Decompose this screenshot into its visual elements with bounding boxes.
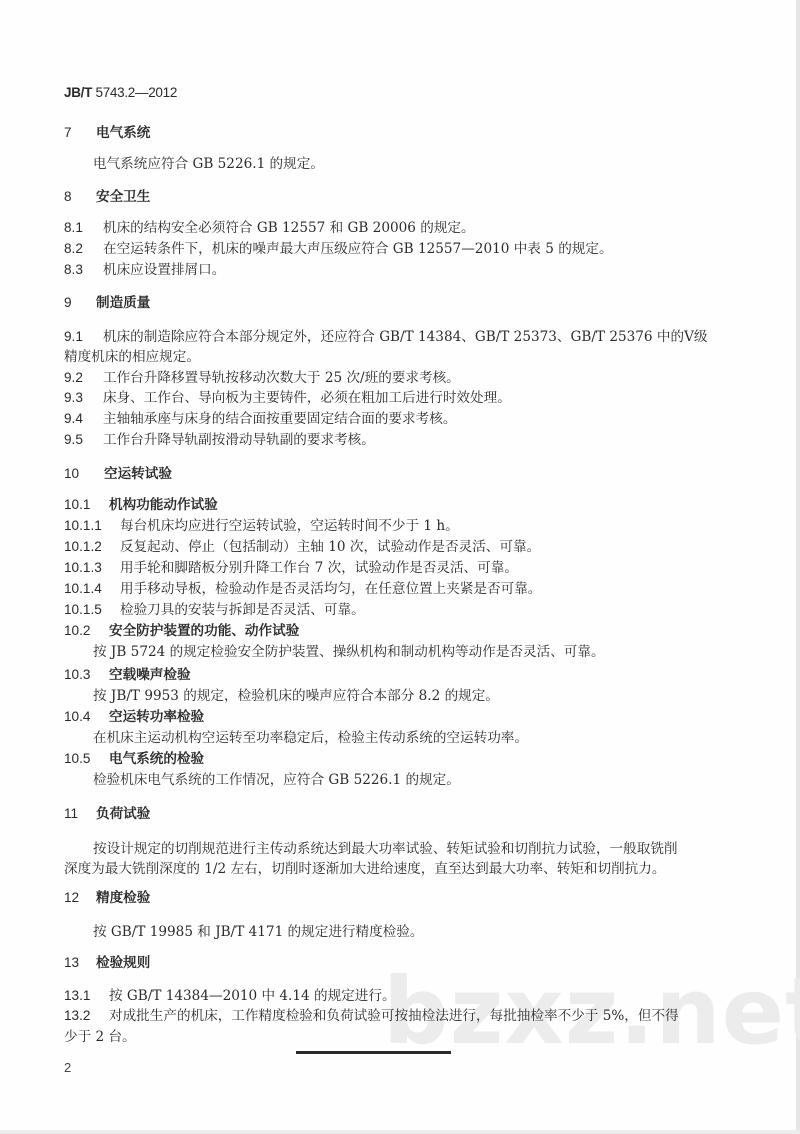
section-number: 9 [64,294,96,312]
clause-text: 检验刀具的安装与拆卸是否灵活、可靠。 [120,602,365,618]
clause-9-2: 9.2工作台升降移置导轨按移动次数大于 25 次/班的要求考核。 [64,369,460,387]
section-number: 12 [64,889,96,907]
document-code-prefix: JB/T [64,85,92,100]
clause-13-2-continuation: 少于 2 台。 [64,1028,136,1046]
clause-title: 安全防护装置的功能、动作试验 [109,623,299,639]
clause-number: 10.1.5 [64,601,120,619]
clause-text: 机床的结构安全必须符合 GB 12557 和 GB 20006 的规定。 [103,220,475,236]
clause-number: 8.1 [64,219,103,237]
section-12-heading: 12精度检验 [64,889,150,907]
section-title: 检验规则 [96,955,150,971]
section-number: 7 [64,124,96,142]
clause-number: 8.2 [64,240,103,258]
section-number: 11 [64,805,96,823]
section-11-body-line-1: 按设计规定的切削规范进行主传动系统达到最大功率试验、转矩试验和切削抗力试验，一般… [93,840,678,858]
clause-number: 9.5 [64,431,103,449]
clause-number: 9.1 [64,328,103,346]
section-7-heading: 7电气系统 [64,124,150,142]
clause-9-1-continuation: 精度机床的相应规定。 [64,348,200,366]
section-number: 13 [64,954,96,972]
clause-number: 10.2 [64,622,109,640]
clause-number: 9.3 [64,389,103,407]
clause-text: 机床应设置排屑口。 [103,262,225,278]
clause-10-2-body: 按 JB 5724 的规定检验安全防护装置、操纵机构和制动机构等动作是否灵活、可… [93,643,605,661]
clause-text: 按 GB/T 14384—2010 中 4.14 的规定进行。 [109,988,396,1004]
clause-9-4: 9.4主轴轴承座与床身的结合面按重要固定结合面的要求考核。 [64,410,456,428]
clause-number: 10.3 [64,666,109,684]
clause-10-1-heading: 10.1机构功能动作试验 [64,496,218,514]
section-10-heading: 10空运转试验 [64,465,172,483]
clause-text: 在空运转条件下，机床的噪声最大声压级应符合 GB 12557—2010 中表 5… [103,241,613,257]
clause-number: 10.1.2 [64,538,120,556]
clause-text: 工作台升降移置导轨按移动次数大于 25 次/班的要求考核。 [103,370,460,386]
section-number: 8 [64,188,96,206]
document-code: JB/T 5743.2—2012 [64,84,177,102]
clause-10-1-1: 10.1.1每台机床均应进行空运转试验，空运转时间不少于 1 h。 [64,517,459,535]
clause-13-2: 13.2对成批生产的机床，工作精度检验和负荷试验可按抽检法进行，每批抽检率不少于… [64,1007,679,1025]
section-title: 电气系统 [96,125,150,141]
clause-13-1: 13.1按 GB/T 14384—2010 中 4.14 的规定进行。 [64,987,396,1005]
clause-number: 10.5 [64,750,109,768]
clause-number: 9.2 [64,369,103,387]
clause-text: 机床的制造除应符合本部分规定外，还应符合 GB/T 14384、GB/T 253… [103,329,707,345]
section-13-heading: 13检验规则 [64,954,150,972]
clause-8-2: 8.2在空运转条件下，机床的噪声最大声压级应符合 GB 12557—2010 中… [64,240,613,258]
clause-text: 对成批生产的机床，工作精度检验和负荷试验可按抽检法进行，每批抽检率不少于 5%，… [109,1008,679,1024]
clause-text: 反复起动、停止（包括制动）主轴 10 次，试验动作是否灵活、可靠。 [120,539,540,555]
clause-number: 10.1.1 [64,517,120,535]
section-11-heading: 11负荷试验 [64,805,150,823]
section-12-body: 按 GB/T 19985 和 JB/T 4171 的规定进行精度检验。 [93,923,423,941]
clause-10-3-body: 按 JB/T 9953 的规定，检验机床的噪声应符合本部分 8.2 的规定。 [93,687,499,705]
page-number: 2 [64,1060,71,1075]
clause-title: 空载噪声检验 [109,667,191,683]
page-edge-bottom [0,1130,800,1134]
clause-10-5-body: 检验机床电气系统的工作情况，应符合 GB 5226.1 的规定。 [93,771,460,789]
section-title: 安全卫生 [96,189,150,205]
clause-number: 9.4 [64,410,103,428]
clause-10-5-heading: 10.5电气系统的检验 [64,750,204,768]
section-7-body: 电气系统应符合 GB 5226.1 的规定。 [93,155,324,173]
clause-text: 工作台升降导轨副按滑动导轨副的要求考核。 [103,432,375,448]
end-of-document-rule [296,1051,451,1054]
clause-8-1: 8.1机床的结构安全必须符合 GB 12557 和 GB 20006 的规定。 [64,219,475,237]
clause-number: 8.3 [64,261,103,279]
clause-10-2-heading: 10.2安全防护装置的功能、动作试验 [64,622,299,640]
section-8-heading: 8安全卫生 [64,188,150,206]
clause-title: 机构功能动作试验 [109,497,218,513]
clause-10-1-4: 10.1.4用手移动导板，检验动作是否灵活均匀，在任意位置上夹紧是否可靠。 [64,580,541,598]
clause-10-1-2: 10.1.2反复起动、停止（包括制动）主轴 10 次，试验动作是否灵活、可靠。 [64,538,540,556]
section-9-heading: 9制造质量 [64,294,150,312]
clause-text: 用手移动导板，检验动作是否灵活均匀，在任意位置上夹紧是否可靠。 [120,581,541,597]
clause-8-3: 8.3机床应设置排屑口。 [64,261,225,279]
section-11-body-line-2: 深度为最大铣削深度的 1/2 左右，切削时逐渐加大进给速度，直至达到最大功率、转… [64,860,665,878]
clause-number: 10.4 [64,708,109,726]
section-title: 负荷试验 [96,806,150,822]
clause-number: 13.2 [64,1007,109,1025]
clause-10-1-5: 10.1.5检验刀具的安装与拆卸是否灵活、可靠。 [64,601,365,619]
clause-text: 主轴轴承座与床身的结合面按重要固定结合面的要求考核。 [103,411,456,427]
section-title: 空运转试验 [104,466,172,482]
section-number: 10 [64,465,104,483]
clause-text: 床身、工作台、导向板为主要铸件，必须在粗加工后进行时效处理。 [103,390,511,406]
section-title: 精度检验 [96,890,150,906]
clause-text: 用手轮和脚踏板分别升降工作台 7 次，试验动作是否灵活、可靠。 [120,560,518,576]
clause-10-4-body: 在机床主运动机构空运转至功率稳定后，检验主传动系统的空运转功率。 [93,729,528,747]
clause-9-1: 9.1机床的制造除应符合本部分规定外，还应符合 GB/T 14384、GB/T … [64,328,707,346]
clause-text: 每台机床均应进行空运转试验，空运转时间不少于 1 h。 [120,518,459,534]
document-code-number: 5743.2—2012 [92,85,177,100]
clause-9-5: 9.5工作台升降导轨副按滑动导轨副的要求考核。 [64,431,375,449]
clause-10-4-heading: 10.4空运转功率检验 [64,708,204,726]
clause-title: 电气系统的检验 [109,751,204,767]
clause-number: 10.1.4 [64,580,120,598]
clause-9-3: 9.3床身、工作台、导向板为主要铸件，必须在粗加工后进行时效处理。 [64,389,511,407]
clause-title: 空运转功率检验 [109,709,204,725]
clause-10-1-3: 10.1.3用手轮和脚踏板分别升降工作台 7 次，试验动作是否灵活、可靠。 [64,559,518,577]
clause-number: 10.1 [64,496,109,514]
clause-number: 13.1 [64,987,109,1005]
section-title: 制造质量 [96,295,150,311]
clause-10-3-heading: 10.3空载噪声检验 [64,666,191,684]
clause-number: 10.1.3 [64,559,120,577]
